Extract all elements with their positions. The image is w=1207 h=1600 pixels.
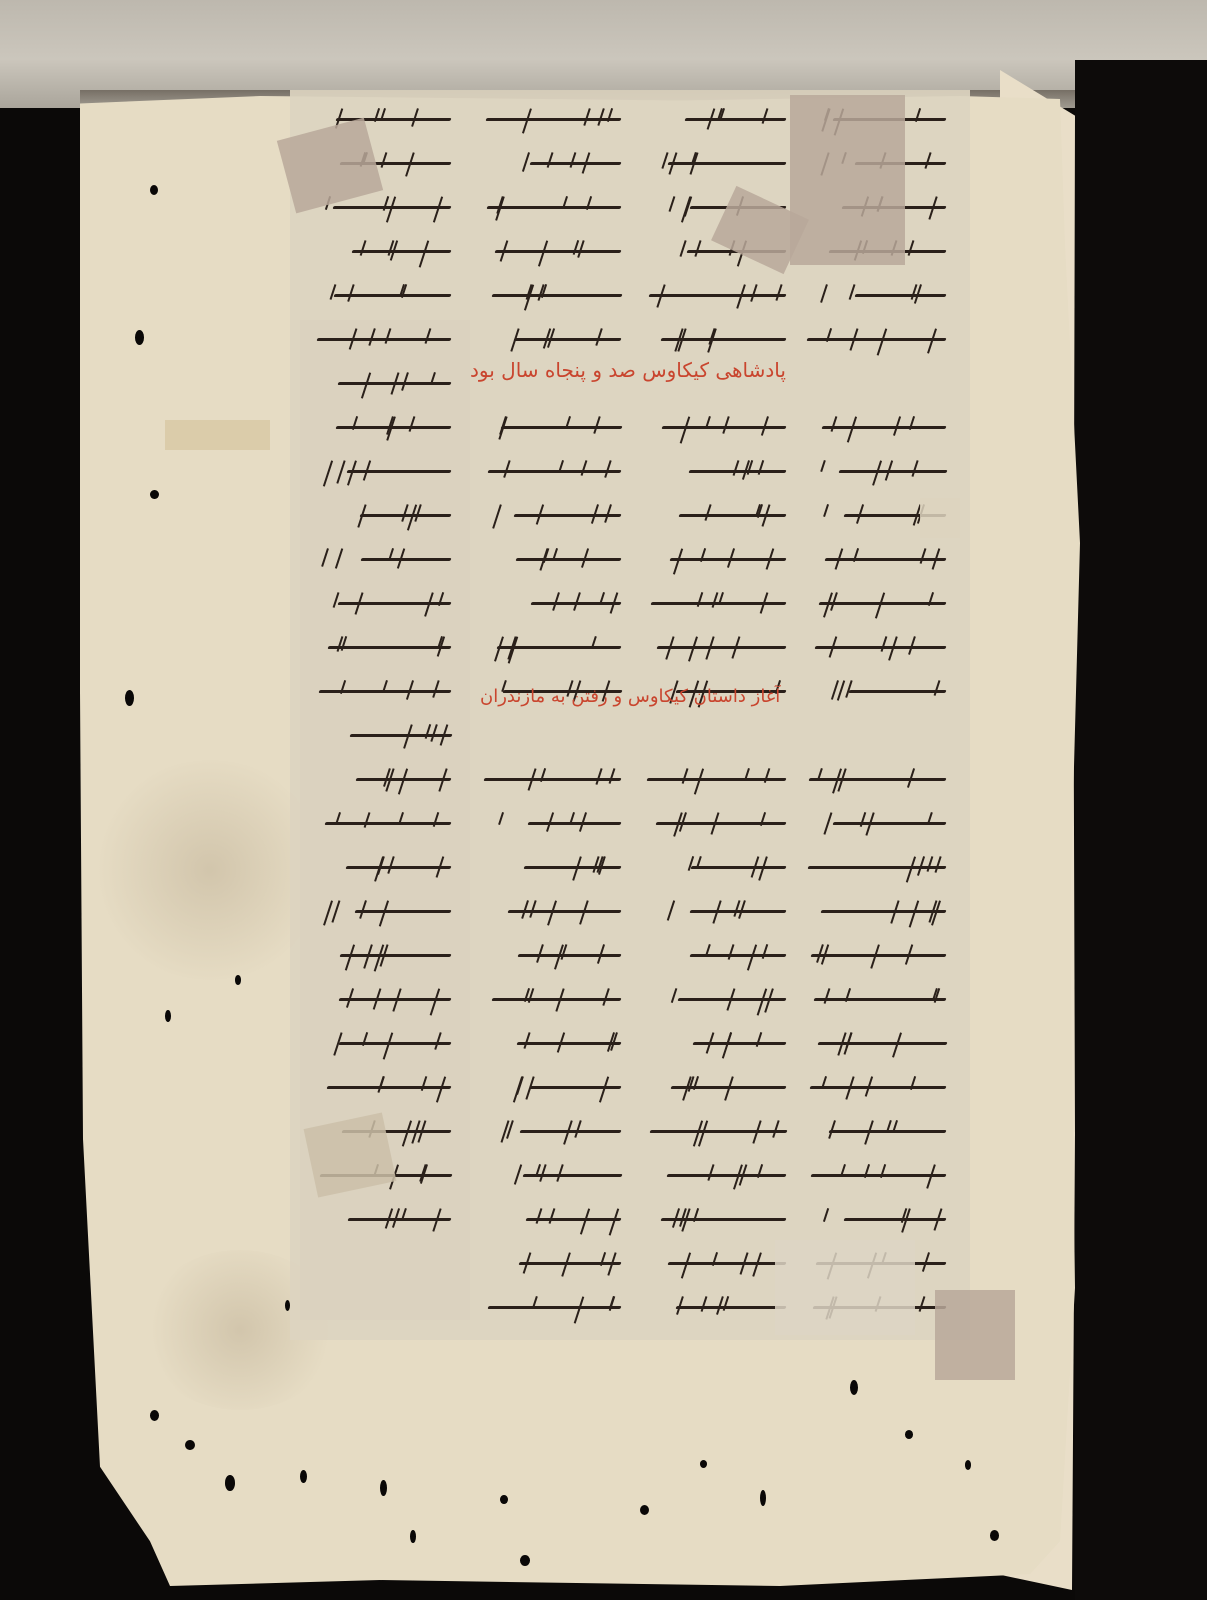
wormhole: [185, 1440, 195, 1450]
verse-line: [475, 892, 625, 936]
verse-line: [640, 100, 790, 144]
verse-line: [475, 496, 625, 540]
verse-line: [640, 980, 790, 1024]
wormhole: [135, 330, 144, 345]
text-column: [475, 100, 625, 1332]
verse-line: [305, 672, 455, 716]
verse-line: [305, 1200, 455, 1244]
verse-line: [475, 144, 625, 188]
verse-line: [475, 1288, 625, 1332]
verse-line: [475, 1156, 625, 1200]
verse-line: [800, 452, 950, 496]
rubric-heading-2: آغاز داستان کیکاوس و رفتن به مازندران: [480, 686, 780, 707]
wormhole: [125, 690, 134, 706]
verse-line: [475, 936, 625, 980]
verse-line: [640, 584, 790, 628]
verse-line: [475, 1024, 625, 1068]
verse-line: [475, 584, 625, 628]
verse-line: [475, 804, 625, 848]
wormhole: [380, 1480, 387, 1496]
verse-line: [305, 628, 455, 672]
text-column: [800, 100, 950, 1332]
verse-line: [800, 628, 950, 672]
verse-line: [800, 584, 950, 628]
wormhole: [150, 490, 159, 499]
verse-line: [640, 1244, 790, 1288]
wormhole: [150, 1410, 159, 1421]
verse-line: [640, 1200, 790, 1244]
verse-line: [640, 848, 790, 892]
verse-line: [305, 760, 455, 804]
text-column: [305, 100, 455, 1244]
paper-patch: [935, 1290, 1015, 1380]
verse-line: [640, 628, 790, 672]
verse-line: [475, 452, 625, 496]
verse-line: [800, 1112, 950, 1156]
wormhole: [410, 1530, 416, 1543]
verse-line: [640, 1112, 790, 1156]
verse-line: [305, 320, 455, 364]
verse-line: [640, 540, 790, 584]
verse-line: [475, 1200, 625, 1244]
verse-line: [475, 408, 625, 452]
verse-line: [305, 496, 455, 540]
wormhole: [165, 1010, 171, 1022]
verse-line: [475, 540, 625, 584]
verse-line: [305, 452, 455, 496]
verse-line: [475, 100, 625, 144]
verse-line: [800, 804, 950, 848]
verse-line: [305, 408, 455, 452]
verse-line: [800, 1024, 950, 1068]
verse-line: [640, 144, 790, 188]
verse-line: [305, 980, 455, 1024]
verse-line: [305, 936, 455, 980]
wormhole: [235, 975, 241, 985]
verse-line: [640, 408, 790, 452]
verse-line: [475, 760, 625, 804]
verse-line: [305, 848, 455, 892]
verse-line: [640, 276, 790, 320]
verse-line: [305, 364, 455, 408]
wormhole: [990, 1530, 999, 1541]
verse-line: [640, 936, 790, 980]
verse-line: [475, 1244, 625, 1288]
verse-line: [475, 276, 625, 320]
verse-line: [305, 540, 455, 584]
verse-line: [475, 232, 625, 276]
verse-line: [475, 980, 625, 1024]
verse-line: [305, 892, 455, 936]
wormhole: [760, 1490, 766, 1506]
verse-line: [640, 1156, 790, 1200]
verse-line: [800, 540, 950, 584]
verse-line: [305, 716, 455, 760]
wormhole: [905, 1430, 913, 1439]
wormhole: [520, 1555, 530, 1566]
verse-line: [800, 408, 950, 452]
verse-line: [475, 1112, 625, 1156]
verse-line: [800, 1200, 950, 1244]
verse-line: [800, 848, 950, 892]
dark-background: [1075, 60, 1207, 1600]
tape-strip: [165, 420, 270, 450]
paper-patch: [775, 1240, 915, 1335]
verse-line: [800, 760, 950, 804]
wormhole: [500, 1495, 508, 1504]
verse-line: [800, 892, 950, 936]
verse-line: [305, 276, 455, 320]
verse-line: [640, 1068, 790, 1112]
wormhole: [850, 1380, 858, 1395]
rubric-heading-1: پادشاهی کیکاوس صد و پنجاه سال بود: [470, 358, 786, 382]
verse-line: [800, 320, 950, 364]
verse-line: [640, 804, 790, 848]
verse-line: [475, 188, 625, 232]
verse-line: [475, 628, 625, 672]
verse-line: [475, 1068, 625, 1112]
verse-line: [305, 584, 455, 628]
verse-line: [800, 936, 950, 980]
verse-line: [305, 804, 455, 848]
verse-line: [475, 848, 625, 892]
text-column: [640, 100, 790, 1332]
verse-line: [640, 892, 790, 936]
verse-line: [800, 980, 950, 1024]
verse-line: [640, 1288, 790, 1332]
paper-patch: [790, 95, 905, 265]
verse-line: [305, 1068, 455, 1112]
verse-line: [640, 760, 790, 804]
verse-line: [800, 1068, 950, 1112]
paper-patch: [920, 498, 960, 538]
verse-line: [640, 1024, 790, 1068]
verse-line: [800, 276, 950, 320]
verse-line: [640, 496, 790, 540]
verse-line: [800, 1156, 950, 1200]
verse-line: [305, 1024, 455, 1068]
wormhole: [225, 1475, 235, 1491]
verse-line: [800, 672, 950, 716]
verse-line: [640, 452, 790, 496]
verse-line: [305, 232, 455, 276]
